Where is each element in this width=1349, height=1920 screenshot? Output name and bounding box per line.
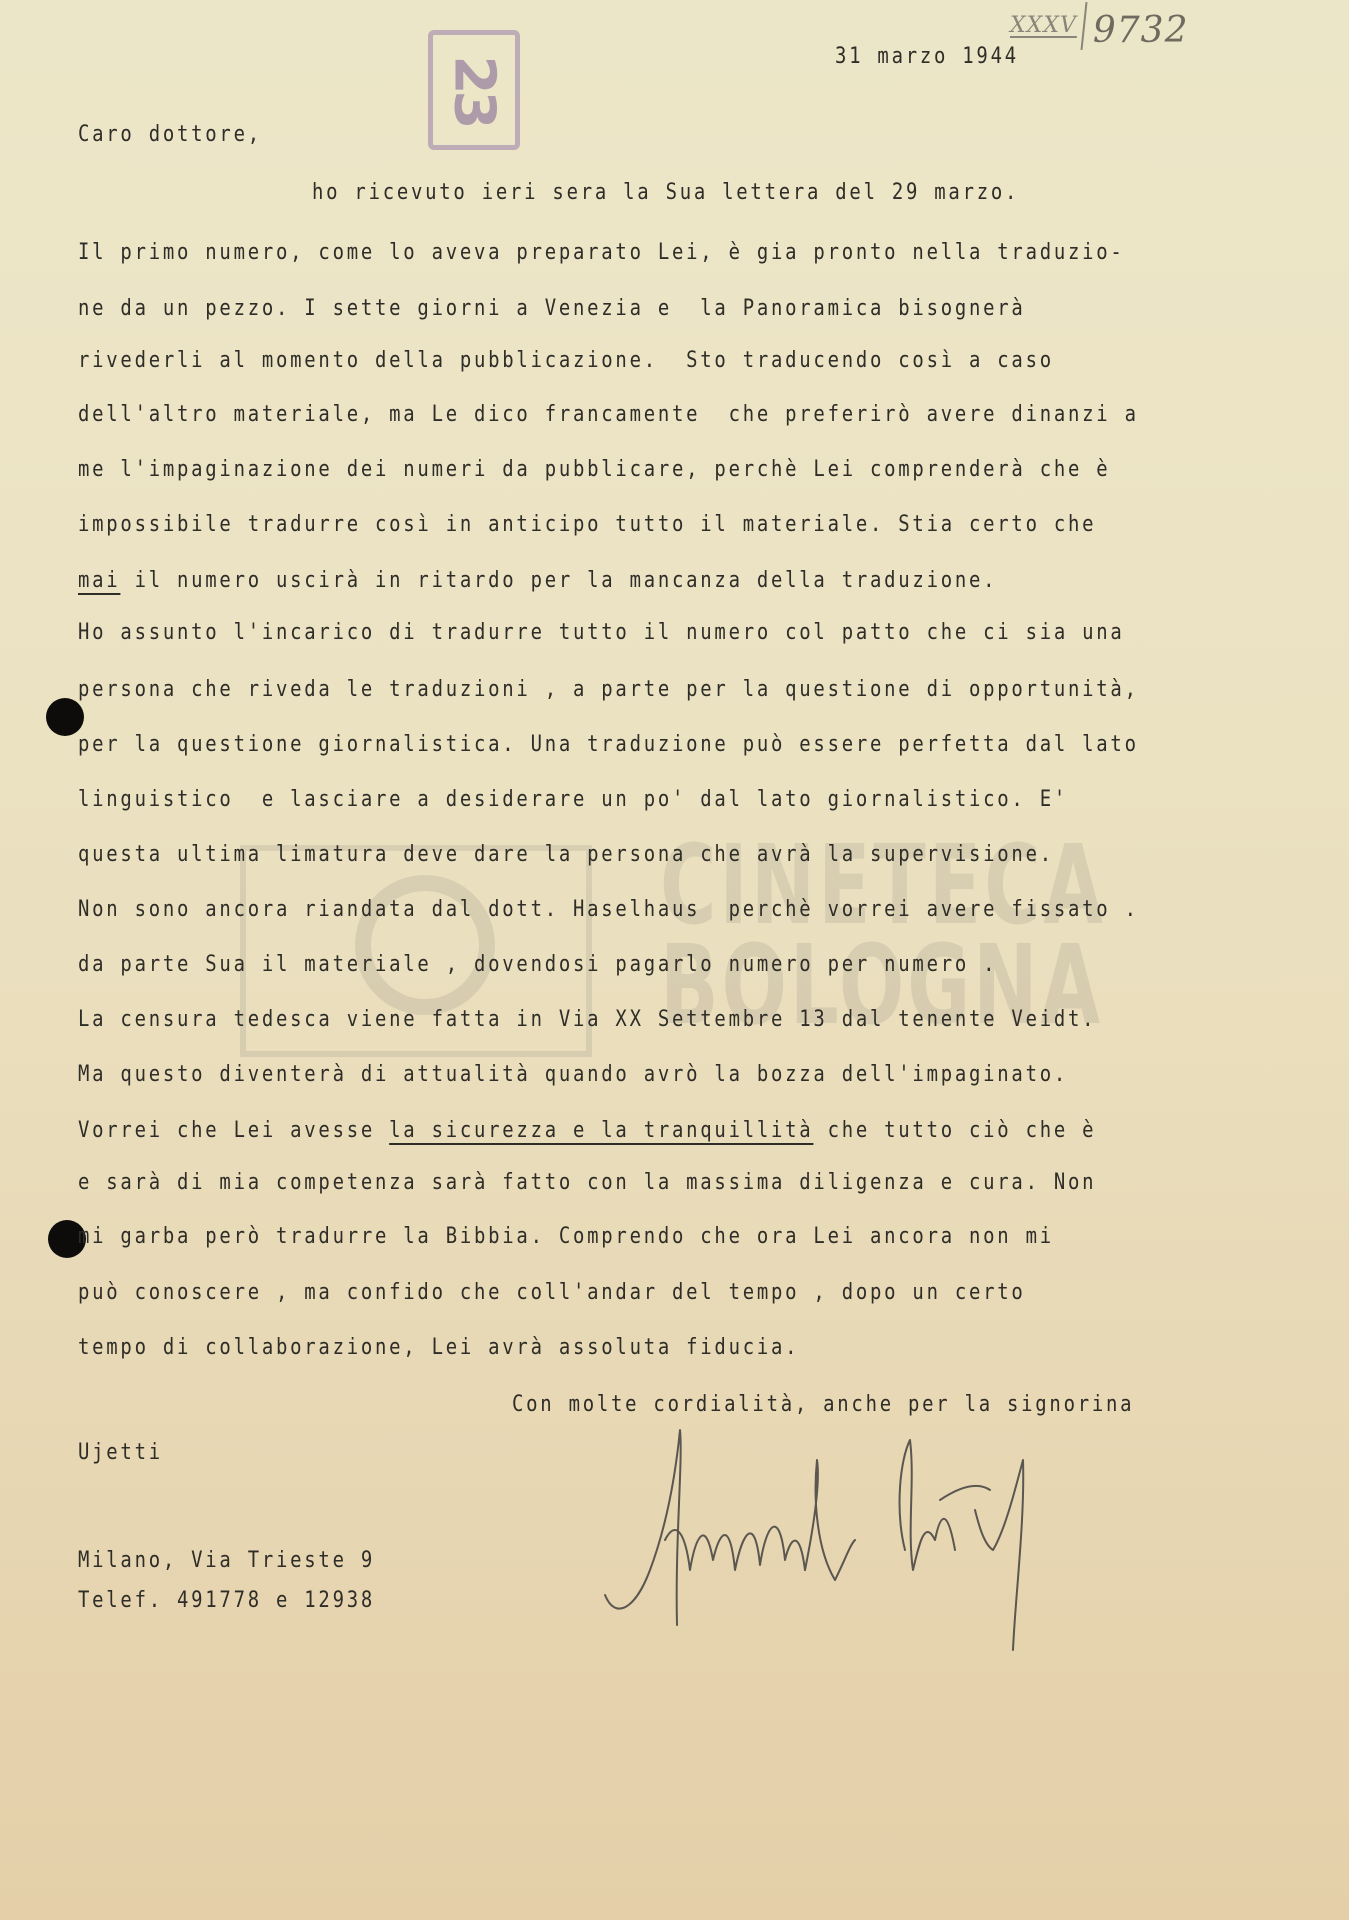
handwritten-signature	[595, 1420, 1255, 1660]
body-line-emphasis: Vorrei che Lei avesse la sicurezza e la …	[78, 1118, 1096, 1143]
body-line: ho ricevuto ieri sera la Sua lettera del…	[312, 180, 1019, 205]
body-line: persona che riveda le traduzioni , a par…	[78, 677, 1139, 702]
body-line: per la questione giornalistica. Una trad…	[78, 732, 1139, 757]
body-line: Non sono ancora riandata dal dott. Hasel…	[78, 897, 1139, 922]
body-line: dell'altro materiale, ma Le dico francam…	[78, 402, 1139, 427]
archive-reference: XXXV9732	[1010, 2, 1189, 51]
body-line: tempo di collaborazione, Lei avrà assolu…	[78, 1335, 799, 1360]
body-line-rest: il numero uscirà in ritardo per la manca…	[120, 568, 997, 593]
letter-page: XXXV9732 23 CINETECA BOLOGNA 31 marzo 19…	[0, 0, 1349, 1920]
body-line: questa ultima limatura deve dare la pers…	[78, 842, 1054, 867]
body-line-emphasis: mai il numero uscirà in ritardo per la m…	[78, 568, 997, 593]
body-line: Ma questo diventerà di attualità quando …	[78, 1062, 1068, 1087]
archive-divider	[1080, 2, 1087, 50]
body-line: ne da un pezzo. I sette giorni a Venezia…	[78, 296, 1026, 321]
body-line: da parte Sua il materiale , dovendosi pa…	[78, 952, 997, 977]
body-line: Ho assunto l'incarico di tradurre tutto …	[78, 620, 1125, 645]
stamp-box: 23	[428, 30, 520, 150]
body-line-start: Vorrei che Lei avesse	[78, 1118, 389, 1143]
sender-phone: Telef. 491778 e 12938	[78, 1588, 375, 1613]
punch-hole-icon	[46, 698, 84, 736]
archive-number: 9732	[1093, 10, 1189, 51]
body-line: linguistico e lasciare a desiderare un p…	[78, 787, 1068, 812]
stamp-number: 23	[442, 55, 507, 125]
body-line: La censura tedesca viene fatta in Via XX…	[78, 1007, 1096, 1032]
body-line: può conoscere , ma confido che coll'anda…	[78, 1280, 1026, 1305]
sender-address: Milano, Via Trieste 9	[78, 1548, 375, 1573]
underlined-word: mai	[78, 568, 120, 593]
body-line: rivederli al momento della pubblicazione…	[78, 348, 1054, 373]
letter-date: 31 marzo 1944	[835, 44, 1019, 69]
body-line: e sarà di mia competenza sarà fatto con …	[78, 1170, 1096, 1195]
body-line-tail: che tutto ciò che è	[813, 1118, 1096, 1143]
salutation: Caro dottore,	[78, 122, 262, 147]
body-line: mi garba però tradurre la Bibbia. Compre…	[78, 1224, 1054, 1249]
closing-name: Ujetti	[78, 1440, 163, 1465]
body-line: me l'impaginazione dei numeri da pubblic…	[78, 457, 1110, 482]
underlined-phrase: la sicurezza e la tranquillità	[389, 1118, 813, 1143]
watermark-logo-icon	[355, 875, 495, 1015]
closing: Con molte cordialità, anche per la signo…	[512, 1392, 1134, 1417]
archive-roman: XXXV	[1010, 13, 1077, 38]
body-line: Il primo numero, come lo aveva preparato…	[78, 240, 1125, 265]
body-line: impossibile tradurre così in anticipo tu…	[78, 512, 1096, 537]
